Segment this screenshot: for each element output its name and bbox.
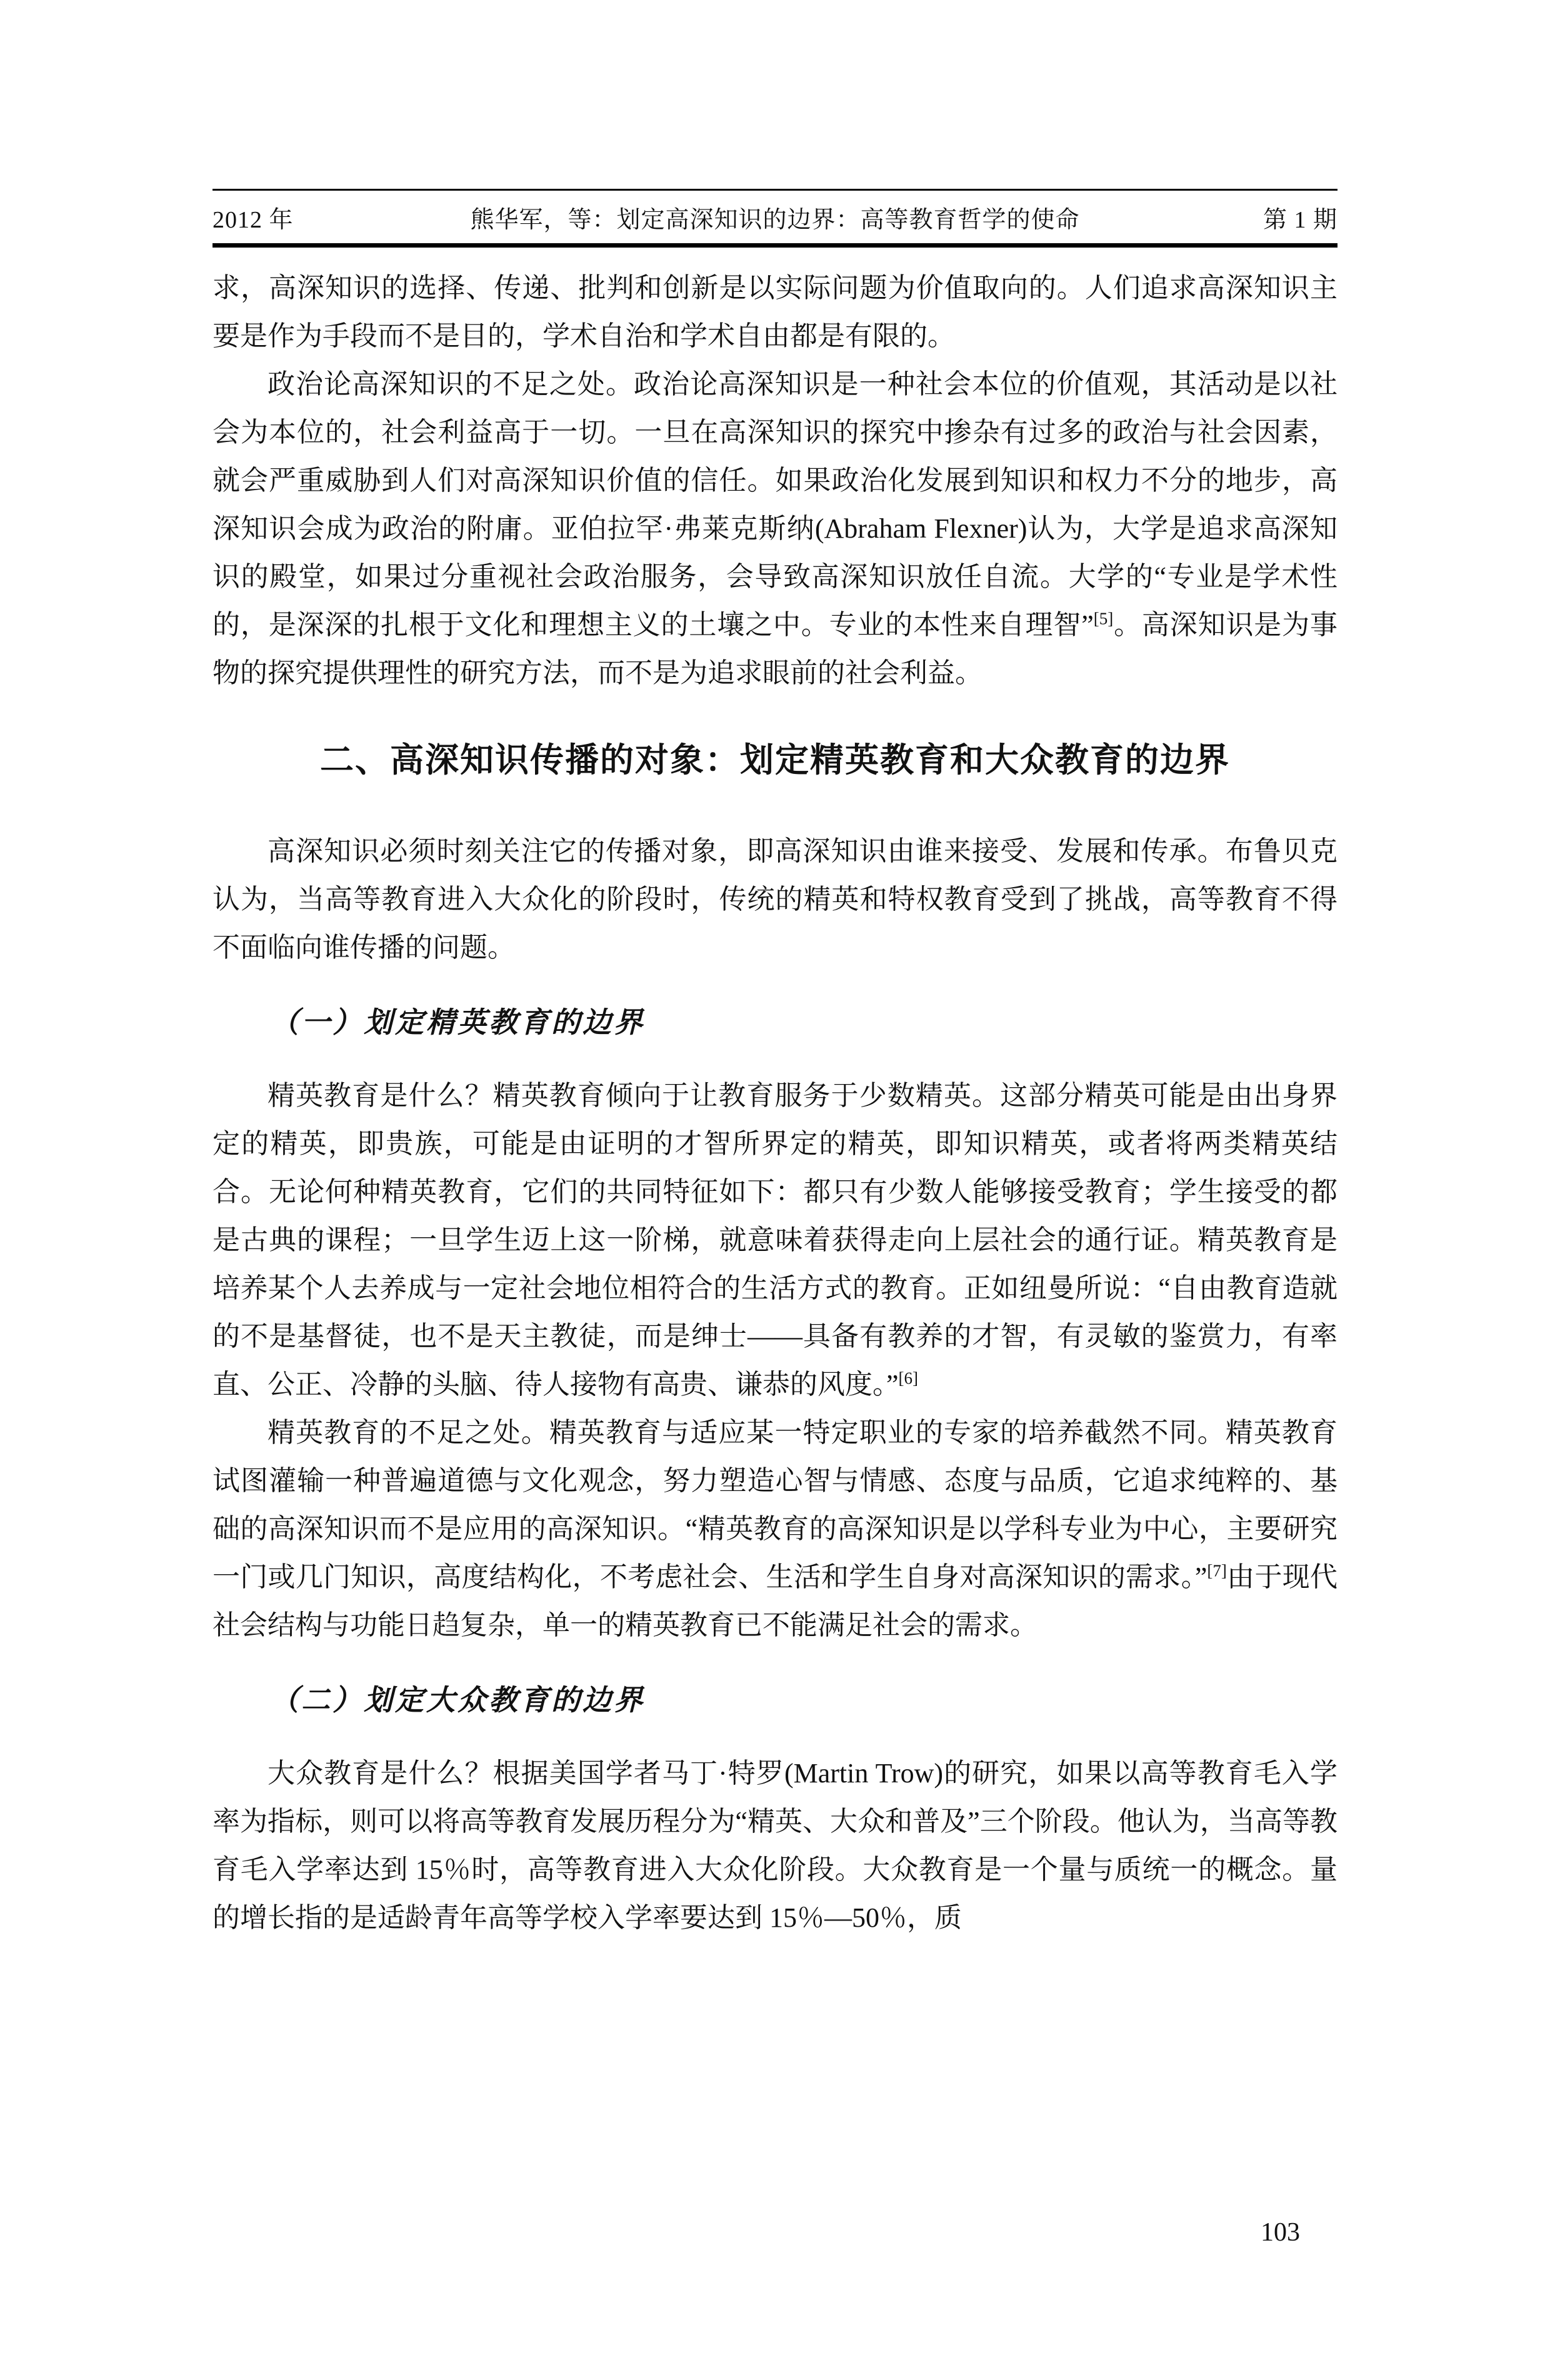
page-number: 103 bbox=[1261, 2217, 1300, 2247]
footnote-ref: [6] bbox=[899, 1368, 918, 1387]
paragraph: 求，高深知识的选择、传递、批判和创新是以实际问题为价值取向的。人们追求高深知识主… bbox=[212, 264, 1337, 360]
section-heading: 二、高深知识传播的对象：划定精英教育和大众教育的边界 bbox=[212, 732, 1337, 788]
paragraph: 政治论高深知识的不足之处。政治论高深知识是一种社会本位的价值观，其活动是以社会为… bbox=[212, 360, 1337, 697]
header-issue: 第 1 期 bbox=[1200, 200, 1337, 234]
paragraph: 精英教育的不足之处。精英教育与适应某一特定职业的专家的培养截然不同。精英教育试图… bbox=[212, 1408, 1337, 1649]
footnote-ref: [7] bbox=[1207, 1561, 1226, 1580]
paragraph: 高深知识必须时刻关注它的传播对象，即高深知识由谁来接受、发展和传承。布鲁贝克认为… bbox=[212, 827, 1337, 972]
text-run: 政治论高深知识的不足之处。政治论高深知识是一种社会本位的价值观，其活动是以社会为… bbox=[212, 369, 1337, 640]
sub-heading: （二）划定大众教育的边界 bbox=[212, 1675, 1337, 1725]
paragraph: 大众教育是什么？根据美国学者马丁·特罗(Martin Trow)的研究，如果以高… bbox=[212, 1749, 1337, 1942]
text-run: 精英教育是什么？精英教育倾向于让教育服务于少数精英。这部分精英可能是由出身界定的… bbox=[212, 1080, 1337, 1400]
text-run: 大众教育是什么？根据美国学者马丁·特罗(Martin Trow)的研究，如果以高… bbox=[212, 1758, 1337, 1933]
text-run: 求，高深知识的选择、传递、批判和创新是以实际问题为价值取向的。人们追求高深知识主… bbox=[212, 273, 1337, 351]
journal-page: 2012 年 熊华军，等：划定高深知识的边界：高等教育哲学的使命 第 1 期 求… bbox=[0, 189, 1550, 2380]
article-body: 求，高深知识的选择、传递、批判和创新是以实际问题为价值取向的。人们追求高深知识主… bbox=[212, 264, 1337, 1942]
page-header: 2012 年 熊华军，等：划定高深知识的边界：高等教育哲学的使命 第 1 期 bbox=[212, 191, 1337, 243]
footnote-ref: [5] bbox=[1094, 609, 1113, 628]
header-running-title: 熊华军，等：划定高深知识的边界：高等教育哲学的使命 bbox=[350, 200, 1200, 234]
header-rule-bottom bbox=[212, 243, 1337, 248]
text-run: 精英教育的不足之处。精英教育与适应某一特定职业的专家的培养截然不同。精英教育试图… bbox=[212, 1417, 1337, 1592]
text-run: 高深知识必须时刻关注它的传播对象，即高深知识由谁来接受、发展和传承。布鲁贝克认为… bbox=[212, 836, 1337, 963]
paragraph: 精英教育是什么？精英教育倾向于让教育服务于少数精英。这部分精英可能是由出身界定的… bbox=[212, 1072, 1337, 1408]
header-year: 2012 年 bbox=[212, 200, 350, 234]
sub-heading: （一）划定精英教育的边界 bbox=[212, 998, 1337, 1048]
